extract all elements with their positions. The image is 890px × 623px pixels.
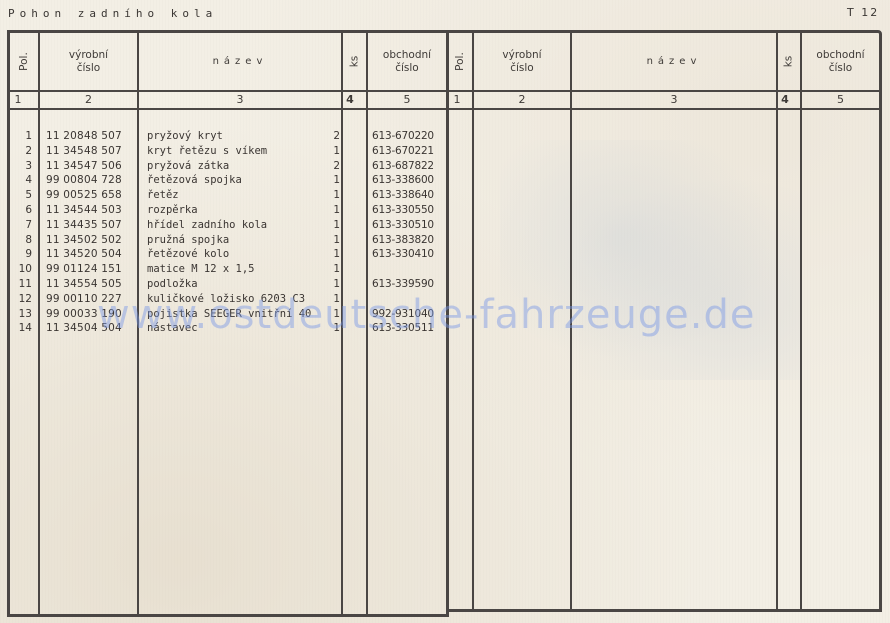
vyrobni-cislo-cell: 11 34548 507 [46, 144, 122, 159]
column-divider [570, 33, 572, 609]
pol-cell: 1 [10, 129, 32, 144]
column-number: 3 [572, 92, 776, 108]
header-pol: Pol. [10, 33, 38, 90]
table-row: 12 99 00110 227 kuličkové ložisko 6203 C… [10, 292, 446, 307]
pol-cell: 8 [10, 233, 32, 248]
table-row: 3 11 34547 506 pryžová zátka 2 613-68782… [10, 159, 446, 174]
table-row: 10 99 01124 151 matice M 12 x 1,5 1 [10, 262, 446, 277]
vyrobni-cislo-cell: 99 01124 151 [46, 262, 122, 277]
table-row: 5 99 00525 658 řetěz 1 613-338640 [10, 188, 446, 203]
pol-cell: 14 [10, 321, 32, 336]
pol-cell: 13 [10, 307, 32, 322]
header-obchodni-cislo: obchodníčíslo [802, 33, 879, 90]
nazev-cell: řetěz [147, 188, 179, 203]
column-number: 2 [40, 92, 137, 108]
vyrobni-cislo-cell: 11 34547 506 [46, 159, 122, 174]
pol-cell: 6 [10, 203, 32, 218]
pol-cell: 7 [10, 218, 32, 233]
nazev-cell: nástavec [147, 321, 198, 336]
pol-cell: 5 [10, 188, 32, 203]
table-row: 13 99 00033 190 pojistka SEEGER vnitřní … [10, 307, 446, 322]
ks-cell: 1 [320, 277, 340, 292]
table-row: 9 11 34520 504 řetězové kolo 1 613-33041… [10, 247, 446, 262]
ks-cell: 1 [320, 321, 340, 336]
table-row: 11 11 34554 505 podložka 1 613-339590 [10, 277, 446, 292]
nazev-cell: pružná spojka [147, 233, 229, 248]
obchodni-cislo-cell: 613-330510 [372, 218, 434, 233]
nazev-cell: kryt řetězu s víkem [147, 144, 267, 159]
vyrobni-cislo-cell: 99 00033 190 [46, 307, 122, 322]
vyrobni-cislo-cell: 11 34435 507 [46, 218, 122, 233]
page-title: Pohon zadního kola [8, 7, 217, 20]
column-number: 2 [474, 92, 570, 108]
table-row: 7 11 34435 507 hřídel zadního kola 1 613… [10, 218, 446, 233]
header-nazev: název [572, 33, 776, 90]
nazev-cell: řetězová spojka [147, 173, 242, 188]
nazev-cell: podložka [147, 277, 198, 292]
column-number: 5 [368, 92, 446, 108]
pol-cell: 2 [10, 144, 32, 159]
nazev-cell: kuličkové ložisko 6203 C3 [147, 292, 305, 307]
header-vyrobni-cislo: výrobníčíslo [474, 33, 570, 90]
vyrobni-cislo-cell: 11 34504 504 [46, 321, 122, 336]
header-vyrobni-cislo: výrobníčíslo [40, 33, 137, 90]
parts-table-left: Pol. výrobníčíslo název ks obchodníčíslo… [7, 30, 449, 617]
vyrobni-cislo-cell: 99 00525 658 [46, 188, 122, 203]
page-number: T 12 [847, 6, 879, 19]
obchodni-cislo-cell: 613-338640 [372, 188, 434, 203]
vyrobni-cislo-cell: 11 34544 503 [46, 203, 122, 218]
vyrobni-cislo-cell: 99 00804 728 [46, 173, 122, 188]
ks-cell: 1 [320, 173, 340, 188]
obchodni-cislo-cell: 992-931040 [372, 307, 434, 322]
ks-cell: 1 [320, 203, 340, 218]
header-nazev: název [139, 33, 341, 90]
nazev-cell: rozpěrka [147, 203, 198, 218]
ks-cell: 1 [320, 233, 340, 248]
header-ks: ks [778, 33, 800, 90]
obchodni-cislo-cell: 613-330511 [372, 321, 434, 336]
column-divider [776, 33, 778, 609]
nazev-cell: hřídel zadního kola [147, 218, 267, 233]
ks-cell: 1 [320, 188, 340, 203]
pol-cell: 12 [10, 292, 32, 307]
pol-cell: 4 [10, 173, 32, 188]
obchodni-cislo-cell: 613-670220 [372, 129, 434, 144]
header-ks: ks [343, 33, 366, 90]
ks-cell: 1 [320, 144, 340, 159]
column-number: 4 [778, 92, 792, 108]
header-pol: Pol. [449, 33, 472, 90]
header-divider [10, 108, 446, 110]
parts-table-right: Pol. výrobníčíslo název ks obchodníčíslo… [446, 30, 882, 612]
obchodni-cislo-cell: 613-330410 [372, 247, 434, 262]
pol-cell: 3 [10, 159, 32, 174]
ks-cell: 2 [320, 159, 340, 174]
vyrobni-cislo-cell: 99 00110 227 [46, 292, 122, 307]
vyrobni-cislo-cell: 11 34554 505 [46, 277, 122, 292]
column-divider [472, 33, 474, 609]
obchodni-cislo-cell: 613-383820 [372, 233, 434, 248]
vyrobni-cislo-cell: 11 34520 504 [46, 247, 122, 262]
ks-cell: 1 [320, 307, 340, 322]
nazev-cell: matice M 12 x 1,5 [147, 262, 254, 277]
ks-cell: 1 [320, 218, 340, 233]
column-number: 1 [449, 92, 465, 108]
obchodni-cislo-cell: 613-330550 [372, 203, 434, 218]
table-row: 1 11 20848 507 pryžový kryt 2 613-670220 [10, 129, 446, 144]
ks-cell: 1 [320, 262, 340, 277]
obchodni-cislo-cell: 613-338600 [372, 173, 434, 188]
vyrobni-cislo-cell: 11 20848 507 [46, 129, 122, 144]
ks-cell: 1 [320, 247, 340, 262]
column-divider [800, 33, 802, 609]
column-number: 1 [10, 92, 26, 108]
pol-cell: 11 [10, 277, 32, 292]
header-obchodni-cislo: obchodníčíslo [368, 33, 446, 90]
table-row: 2 11 34548 507 kryt řetězu s víkem 1 613… [10, 144, 446, 159]
column-number: 4 [343, 92, 357, 108]
table-row: 8 11 34502 502 pružná spojka 1 613-38382… [10, 233, 446, 248]
obchodni-cislo-cell: 613-670221 [372, 144, 434, 159]
pol-cell: 10 [10, 262, 32, 277]
nazev-cell: pryžová zátka [147, 159, 229, 174]
obchodni-cislo-cell: 613-687822 [372, 159, 434, 174]
ks-cell: 1 [320, 292, 340, 307]
column-number: 3 [139, 92, 341, 108]
table-row: 14 11 34504 504 nástavec 1 613-330511 [10, 321, 446, 336]
vyrobni-cislo-cell: 11 34502 502 [46, 233, 122, 248]
pol-cell: 9 [10, 247, 32, 262]
table-row: 6 11 34544 503 rozpěrka 1 613-330550 [10, 203, 446, 218]
table-row: 4 99 00804 728 řetězová spojka 1 613-338… [10, 173, 446, 188]
nazev-cell: řetězové kolo [147, 247, 229, 262]
obchodni-cislo-cell: 613-339590 [372, 277, 434, 292]
nazev-cell: pryžový kryt [147, 129, 223, 144]
column-number: 5 [802, 92, 879, 108]
nazev-cell: pojistka SEEGER vnitřní 40 [147, 307, 311, 322]
header-divider [449, 108, 879, 110]
ks-cell: 2 [320, 129, 340, 144]
